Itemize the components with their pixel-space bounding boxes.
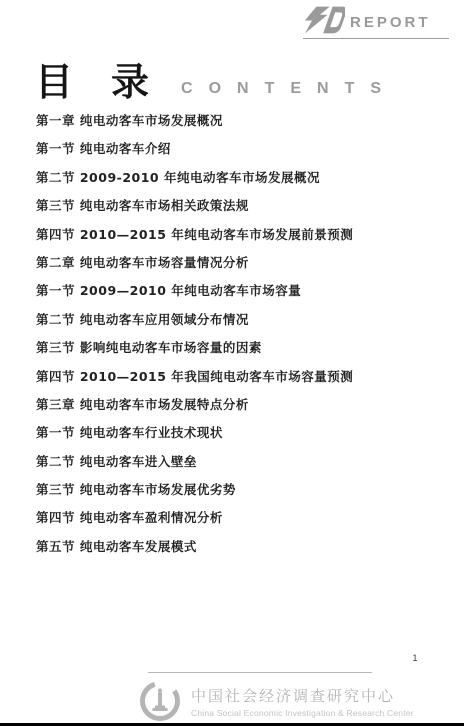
toc-entry: 第二节 2009-2010 年纯电动客车市场发展概况 xyxy=(36,164,353,192)
toc-entry: 第三节 影响纯电动客车市场容量的因素 xyxy=(36,334,353,362)
sd-report-logo-icon xyxy=(303,6,345,34)
toc-entry: 第一章 纯电动客车市场发展概况 xyxy=(36,107,353,135)
toc-entry: 第三章 纯电动客车市场发展特点分析 xyxy=(36,391,353,419)
toc-entry: 第一节 纯电动客车介绍 xyxy=(36,135,353,163)
header-brand: REPORT xyxy=(303,6,453,34)
page-title-zh: 目 录 xyxy=(35,62,149,104)
toc-entry: 第五节 纯电动客车发展模式 xyxy=(36,533,353,561)
footer-org-name-en: China Social Economic Investigation & Re… xyxy=(191,708,414,718)
toc-entry: 第四节 2010—2015 年我国纯电动客车市场容量预测 xyxy=(36,363,353,391)
toc-entry: 第三节 纯电动客车市场发展优劣势 xyxy=(36,476,353,504)
toc-entry: 第四节 纯电动客车盈利情况分析 xyxy=(36,504,353,532)
toc-entry: 第二章 纯电动客车市场容量情况分析 xyxy=(36,249,353,277)
toc-list: 第一章 纯电动客车市场发展概况 第一节 纯电动客车介绍 第二节 2009-201… xyxy=(36,107,353,561)
footer-org-name-zh: 中国社会经济调查研究中心 xyxy=(191,685,414,706)
toc-entry: 第三节 纯电动客车市场相关政策法规 xyxy=(36,192,353,220)
page-number: 1 xyxy=(404,653,426,663)
footer: 中国社会经济调查研究中心 China Social Economic Inves… xyxy=(138,679,414,723)
page-title-en: CONTENTS xyxy=(181,80,397,98)
toc-entry: 第二节 纯电动客车应用领域分布情况 xyxy=(36,306,353,334)
toc-entry: 第二节 纯电动客车进入壁垒 xyxy=(36,448,353,476)
report-toc-page: REPORT 目 录 CONTENTS 第一章 纯电动客车市场发展概况 第一节 … xyxy=(0,0,464,726)
header-rule xyxy=(303,38,449,39)
page-title: 目 录 CONTENTS xyxy=(35,62,397,104)
toc-entry: 第一节 2009—2010 年纯电动客车市场容量 xyxy=(36,277,353,305)
footer-rule xyxy=(148,672,372,673)
toc-entry: 第一节 纯电动客车行业技术现状 xyxy=(36,419,353,447)
toc-entry: 第四节 2010—2015 年纯电动客车市场发展前景预测 xyxy=(36,221,353,249)
brand-wordmark: REPORT xyxy=(350,14,431,31)
csei-logo-icon xyxy=(138,679,182,723)
